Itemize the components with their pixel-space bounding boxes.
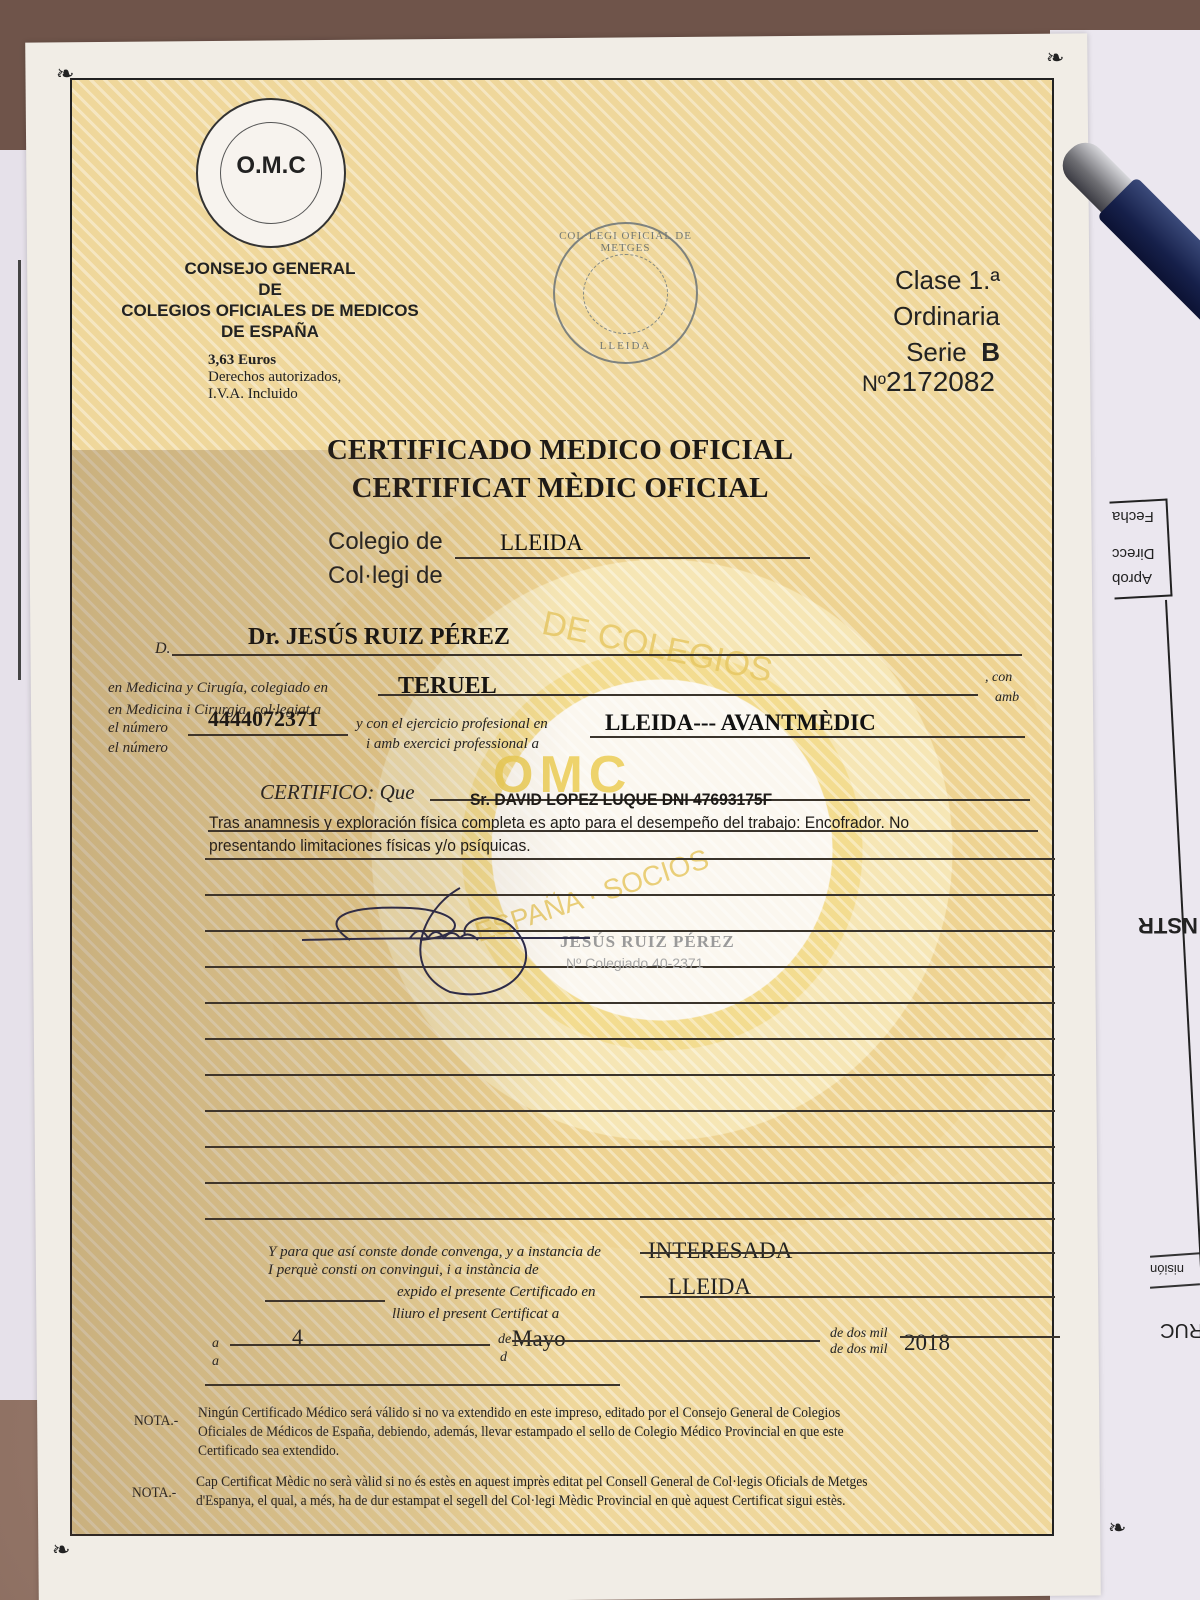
issuer-name-line: DE <box>100 279 440 300</box>
de-label-ca: d <box>500 1350 507 1366</box>
expido-field-line <box>640 1296 1055 1298</box>
instancia-label-es: Y para que así conste donde convenga, y … <box>268 1244 601 1261</box>
certificate-field-line <box>205 1038 1055 1040</box>
year-field-line <box>900 1336 1060 1338</box>
month-field-line <box>512 1340 820 1342</box>
certificate-field-line <box>205 1110 1055 1112</box>
fee-amount: 3,63 Euros <box>208 352 276 368</box>
doctor-name: Dr. JESÚS RUIZ PÉREZ <box>248 624 510 651</box>
background-text-aprob: Aprob <box>1112 570 1152 587</box>
classification-block: Clase 1.ª Ordinaria Serie B <box>830 262 1000 370</box>
certifico-text-line: presentando limitaciones físicas y/o psí… <box>209 836 531 856</box>
serial-number: Nº2172082 <box>830 366 995 398</box>
certifico-label: CERTIFICO: Que <box>260 780 415 805</box>
type-label: Ordinaria <box>830 298 1000 334</box>
ejercicio-field-line <box>590 736 1025 738</box>
note-line: Ningún Certificado Médico será válido si… <box>198 1404 1082 1423</box>
colegio-field-line <box>455 557 810 559</box>
issuer-name-line: COLEGIOS OFICIALES DE MEDICOS <box>100 300 440 321</box>
certificate-field-line <box>205 1218 1055 1220</box>
note-line: d'Espanya, el qual, a més, ha de dur est… <box>196 1492 1080 1511</box>
corner-ornament-icon: ❧ <box>56 62 74 87</box>
colegio-label-ca: Col·legi de <box>328 562 443 590</box>
certificate-field-line <box>205 1002 1055 1004</box>
college-stamp-emblem-icon <box>583 254 668 334</box>
note-line: Cap Certificat Mèdic no serà vàlid si no… <box>196 1473 1080 1492</box>
omc-logo-text: O.M.C <box>198 152 344 180</box>
ejercicio-label-es: y con el ejercicio profesional en <box>356 716 548 733</box>
certificate-field-line <box>205 1074 1055 1076</box>
college-stamp-text: COL·LEGI OFICIAL DE METGES <box>555 230 696 254</box>
serial-number-value: 2172082 <box>886 366 995 397</box>
note-catalan: Cap Certificat Mèdic no serà vàlid si no… <box>196 1473 1080 1511</box>
a-label-es: a <box>212 1336 219 1352</box>
class-label: Clase 1.ª <box>830 262 1000 298</box>
colegiado-label-es: en Medicina y Cirugía, colegiado en <box>108 680 328 697</box>
issuer-name: CONSEJO GENERAL DE COLEGIOS OFICIALES DE… <box>100 258 440 342</box>
colegiado-field-line <box>378 694 978 696</box>
certificate-field-line <box>208 830 1038 832</box>
title-catalan: CERTIFICAT MÈDIC OFICIAL <box>250 472 870 505</box>
colegiado-number: 4444072371 <box>208 706 318 732</box>
certificate-field-line <box>205 1146 1055 1148</box>
note-label: NOTA.- <box>134 1412 178 1431</box>
colegiado-value: TERUEL <box>398 673 497 700</box>
date-month: Mayo <box>512 1326 566 1352</box>
instancia-label-ca: I perquè consti on convingui, i a instàn… <box>268 1262 539 1279</box>
numero-label-ca: el número <box>108 740 168 757</box>
corner-ornament-icon: ❧ <box>1108 1516 1126 1541</box>
fee-note: Derechos autorizados, <box>208 369 341 386</box>
date-year: 2018 <box>904 1330 950 1356</box>
issuer-name-line: CONSEJO GENERAL <box>100 258 440 279</box>
expido-label-es: expido el presente Certificado en <box>397 1284 596 1301</box>
certificate-field-line <box>205 858 1055 860</box>
numero-field-line <box>188 734 348 736</box>
doctor-signature <box>300 880 600 1000</box>
doctor-field-line <box>172 654 1022 656</box>
note-spanish: Ningún Certificado Médico será válido si… <box>198 1404 1082 1461</box>
note-line: Oficiales de Médicos de España, debiendo… <box>198 1423 1082 1442</box>
signature-blank-line <box>205 1384 620 1386</box>
college-stamp-city: LLEIDA <box>555 340 696 352</box>
colegio-label-es: Colegio de <box>328 528 443 556</box>
dos-mil-label-es: de dos mil <box>830 1326 888 1342</box>
ejercicio-value: LLEIDA--- AVANTMÈDIC <box>605 710 876 736</box>
instancia-field-line <box>640 1252 1055 1254</box>
series-label: Serie B <box>830 334 1000 370</box>
note-label: NOTA.- <box>132 1484 176 1503</box>
instancia-value: INTERESADA <box>648 1238 792 1264</box>
background-text-nision: nisión <box>1150 1262 1184 1277</box>
patient-name: Sr. DAVID LOPEZ LUQUE DNI 47693175F <box>470 790 772 810</box>
fee-note: I.V.A. Incluido <box>208 386 341 403</box>
background-paper-edge <box>18 260 21 680</box>
expido-blank-line <box>265 1300 385 1302</box>
corner-ornament-icon: ❧ <box>1046 46 1064 71</box>
date-day: 4 <box>292 1324 303 1350</box>
title-spanish: CERTIFICADO MEDICO OFICIAL <box>250 434 870 467</box>
fee-block: 3,63 Euros Derechos autorizados, I.V.A. … <box>208 352 341 403</box>
ejercicio-label-ca: i amb exercici professional a <box>366 736 539 753</box>
colegio-value: LLEIDA <box>500 530 583 556</box>
background-text-nstr: NSTR <box>1138 912 1198 938</box>
dos-mil-label-ca: de dos mil <box>830 1342 888 1358</box>
corner-ornament-icon: ❧ <box>52 1538 70 1563</box>
serial-number-prefix: Nº <box>862 371 886 396</box>
background-text-fecha: Fecha <box>1112 508 1154 525</box>
omc-logo: O.M.C <box>196 98 346 248</box>
de-label-es: de <box>498 1332 511 1348</box>
background-text-direcc: Direcc <box>1112 545 1155 562</box>
doctor-prefix: D. <box>155 640 171 658</box>
certificate-field-line <box>205 1182 1055 1184</box>
series-value: B <box>981 337 1000 367</box>
day-field-line <box>230 1344 490 1346</box>
expido-label-ca: lliuro el present Certificat a <box>392 1306 559 1323</box>
con-label-ca: amb <box>995 690 1019 706</box>
a-label-ca: a <box>212 1354 219 1370</box>
numero-label-es: el número <box>108 720 168 737</box>
issuer-name-line: DE ESPAÑA <box>100 321 440 342</box>
con-label-es: , con <box>985 670 1012 686</box>
college-stamp: COL·LEGI OFICIAL DE METGES LLEIDA <box>553 222 698 364</box>
background-text-ruc: RUC <box>1160 1318 1200 1341</box>
series-label-text: Serie <box>906 337 967 367</box>
note-line: Certificado sea extendido. <box>198 1442 1082 1461</box>
